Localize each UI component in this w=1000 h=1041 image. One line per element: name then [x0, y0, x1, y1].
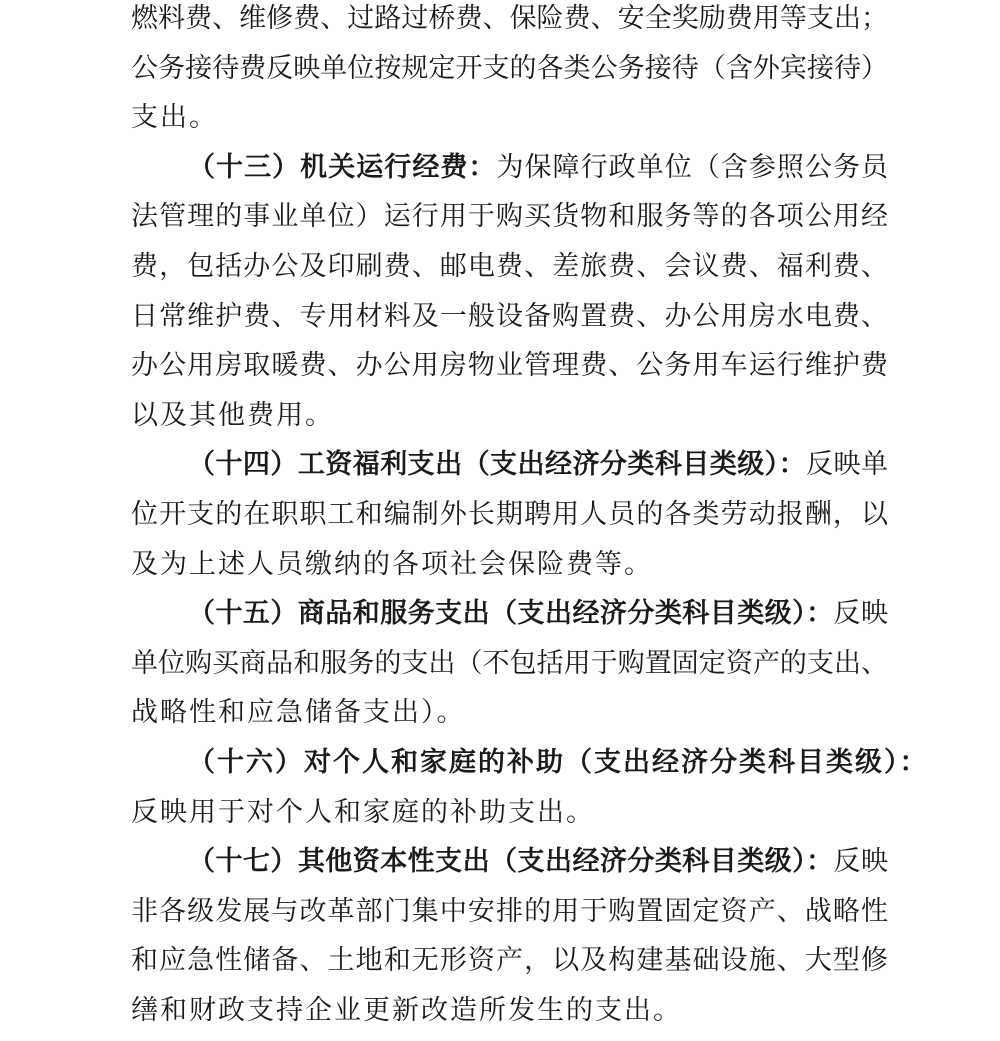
- text-segment: 燃料费、维修费、过路过桥费、保险费、安全奖励费用等支出；: [131, 3, 888, 33]
- text-line-19: 非各级发展与改革部门集中安排的用于购置固定资产、战略性: [131, 887, 888, 937]
- text-segment: 非各级发展与改革部门集中安排的用于购置固定资产、战略性: [131, 896, 888, 926]
- text-line-16: （十六）对个人和家庭的补助（支出经济分类科目类级）：: [131, 738, 888, 788]
- text-line-5: 法管理的事业单位）运行用于购买货物和服务等的各项公用经: [131, 192, 888, 242]
- text-line-9: 以及其他费用。: [131, 391, 888, 441]
- text-segment: 法管理的事业单位）运行用于购买货物和服务等的各项公用经: [131, 201, 888, 231]
- text-segment: 反映用于对个人和家庭的补助支出。: [131, 797, 595, 827]
- text-line-6: 费，包括办公及印刷费、邮电费、差旅费、会议费、福利费、: [131, 242, 888, 292]
- heading-segment: （十三）机关运行经费：: [188, 152, 496, 182]
- text-line-18: （十七）其他资本性支出（支出经济分类科目类级）：反映: [131, 837, 888, 887]
- text-line-1: 燃料费、维修费、过路过桥费、保险费、安全奖励费用等支出；: [131, 0, 888, 44]
- text-line-7: 日常维护费、专用材料及一般设备购置费、办公用房水电费、: [131, 292, 888, 342]
- text-segment: 反映: [834, 598, 888, 628]
- text-segment: 反映单: [806, 449, 888, 479]
- heading-segment: （十五）商品和服务支出（支出经济分类科目类级）：: [188, 598, 834, 628]
- text-segment: 及为上述人员缴纳的各项社会保险费等。: [131, 549, 653, 579]
- text-line-14: 单位购买商品和服务的支出（不包括用于购置固定资产的支出、: [131, 639, 888, 689]
- text-segment: 公务接待费反映单位按规定开支的各类公务接待（含外宾接待）: [131, 53, 888, 83]
- text-segment: 以及其他费用。: [131, 400, 334, 430]
- text-line-21: 缮和财政支持企业更新改造所发生的支出。: [131, 986, 888, 1036]
- heading-segment: （十七）其他资本性支出（支出经济分类科目类级）：: [188, 846, 834, 876]
- text-segment: 位开支的在职职工和编制外长期聘用人员的各类劳动报酬，以: [131, 499, 888, 529]
- text-segment: 和应急性储备、土地和无形资产，以及构建基础设施、大型修: [131, 945, 888, 975]
- text-line-3: 支出。: [131, 93, 888, 143]
- text-segment: 支出。: [131, 102, 218, 132]
- text-segment: 办公用房取暖费、办公用房物业管理费、公务用车运行维护费: [131, 350, 888, 380]
- text-segment: 单位购买商品和服务的支出（不包括用于购置固定资产的支出、: [131, 648, 888, 678]
- heading-segment: （十六）对个人和家庭的补助（支出经济分类科目类级）：: [188, 747, 929, 777]
- text-segment: 缮和财政支持企业更新改造所发生的支出。: [131, 995, 682, 1025]
- heading-segment: （十四）工资福利支出（支出经济分类科目类级）：: [188, 449, 806, 479]
- text-segment: 日常维护费、专用材料及一般设备购置费、办公用房水电费、: [131, 301, 888, 331]
- text-line-12: 及为上述人员缴纳的各项社会保险费等。: [131, 540, 888, 590]
- text-segment: 战略性和应急储备支出）。: [131, 697, 466, 727]
- text-line-8: 办公用房取暖费、办公用房物业管理费、公务用车运行维护费: [131, 341, 888, 391]
- text-line-10: （十四）工资福利支出（支出经济分类科目类级）：反映单: [131, 440, 888, 490]
- text-segment: 为保障行政单位（含参照公务员: [496, 152, 888, 182]
- text-segment: 反映: [834, 846, 888, 876]
- text-segment: 费，包括办公及印刷费、邮电费、差旅费、会议费、福利费、: [131, 251, 888, 281]
- text-line-15: 战略性和应急储备支出）。: [131, 688, 888, 738]
- text-line-11: 位开支的在职职工和编制外长期聘用人员的各类劳动报酬，以: [131, 490, 888, 540]
- text-line-20: 和应急性储备、土地和无形资产，以及构建基础设施、大型修: [131, 936, 888, 986]
- document-body: 燃料费、维修费、过路过桥费、保险费、安全奖励费用等支出；公务接待费反映单位按规定…: [131, 0, 888, 1035]
- text-line-17: 反映用于对个人和家庭的补助支出。: [131, 788, 888, 838]
- text-line-4: （十三）机关运行经费：为保障行政单位（含参照公务员: [131, 143, 888, 193]
- text-line-2: 公务接待费反映单位按规定开支的各类公务接待（含外宾接待）: [131, 44, 888, 94]
- text-line-13: （十五）商品和服务支出（支出经济分类科目类级）：反映: [131, 589, 888, 639]
